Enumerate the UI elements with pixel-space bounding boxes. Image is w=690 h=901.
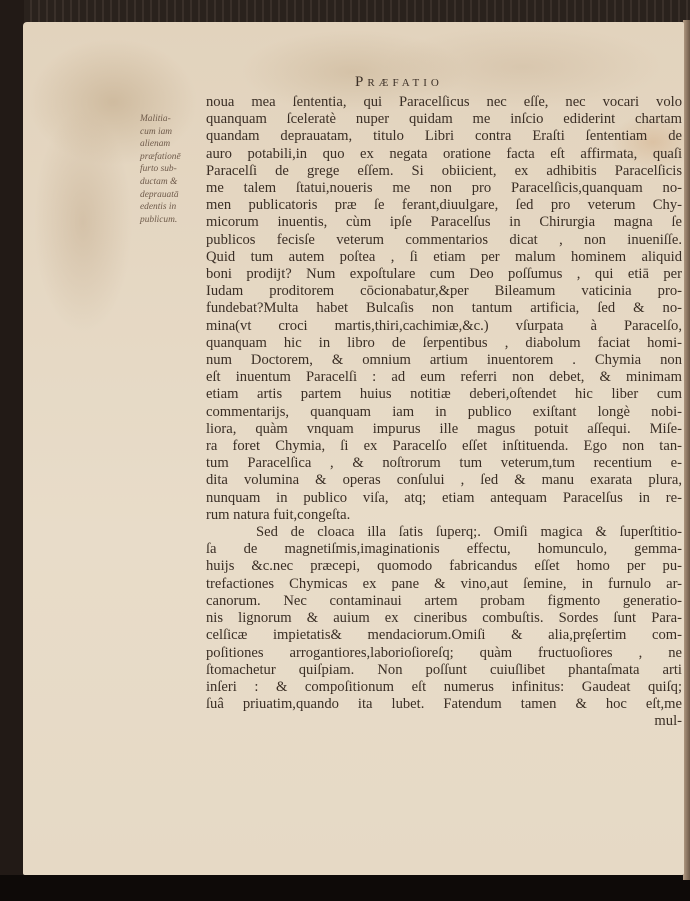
- text-line: nis lignorum & auium ex cineribus combuſ…: [206, 610, 682, 627]
- text-line: quanquam ſceleratè nuper quidam me inſci…: [206, 111, 682, 128]
- text-line: num Doctorem, & omnium artium inuentorem…: [206, 352, 682, 369]
- text-line: eſt inuentum Paracelſi : ad eum referri …: [206, 369, 682, 386]
- text-line: ſuâ priuatim,quando ita lubet. Fatendum …: [206, 696, 682, 713]
- text-line: noua mea ſententia, qui Paracelſicus nec…: [206, 94, 682, 111]
- marginal-note-line: edentis in: [140, 201, 204, 214]
- text-line: auro potabili,in quo ex negata oratione …: [206, 146, 682, 163]
- body-text: noua mea ſententia, qui Paracelſicus nec…: [206, 94, 682, 731]
- text-line: inſeri : & compoſitionum eſt numerus inf…: [206, 679, 682, 696]
- text-line: publicos fecisſe veterum commentarios di…: [206, 232, 682, 249]
- text-line: nunquam in publico viſa, atq; etiam ante…: [206, 490, 682, 507]
- scanner-top-border: [0, 0, 690, 24]
- text-line: tum Paracelſica , & noſtrorum tum veteru…: [206, 455, 682, 472]
- marginal-note-line: publicum.: [140, 214, 204, 227]
- text-line: Paracelſi de grege eſſem. Si obiicient, …: [206, 163, 682, 180]
- text-line: celſicæ impietatis& mendaciorum.Omiſi & …: [206, 627, 682, 644]
- marginal-note-line: ductam &: [140, 176, 204, 189]
- text-line: poſitiones arrogantiores,laborioſioreſq;…: [206, 645, 682, 662]
- page-edge: [683, 20, 690, 880]
- text-line: rum natura fuit,congeſta.: [206, 507, 682, 524]
- text-line: trefactiones Chymicas ex pane & vino,aut…: [206, 576, 682, 593]
- text-line: fundebat?Multa habet Bulcaſis non tantum…: [206, 300, 682, 317]
- paragraph-start-line: Sed de cloaca illa ſatis ſuperq;. Omiſi …: [206, 524, 682, 541]
- scanner-bottom-border: [0, 875, 690, 901]
- marginal-note-line: deprauatā: [140, 189, 204, 202]
- text-line: commentarijs, quanquam iam in publico ex…: [206, 404, 682, 421]
- text-line: liora, quàm vnquam impurus ille magus po…: [206, 421, 682, 438]
- text-line: dita volumina & operas conſului , ſed & …: [206, 472, 682, 489]
- text-line: huijs &c.nec præcepi, quomodo fabricandu…: [206, 558, 682, 575]
- text-line: ſa de magnetiſmis,imaginationis effectu,…: [206, 541, 682, 558]
- running-head-rest: RÆFATIO: [367, 77, 442, 89]
- text-line: ſtomachetur quiſpiam. Non poſſunt cuiuſl…: [206, 662, 682, 679]
- scanner-left-border: [0, 0, 24, 901]
- running-head-initial: P: [355, 74, 367, 90]
- text-line: Quid tum autem poſtea , ſi etiam per mal…: [206, 249, 682, 266]
- running-head: PRÆFATIO: [355, 74, 443, 91]
- marginal-note-line: præfationē: [140, 151, 204, 164]
- text-line: quanquam hic in libro de ſerpentibus , d…: [206, 335, 682, 352]
- text-line: boni prodijt? Num expoſtulare cum Deo po…: [206, 266, 682, 283]
- marginal-note-line: alienam: [140, 138, 204, 151]
- text-line: Iudam proditorem cōcionabatur,&per Bilea…: [206, 283, 682, 300]
- marginal-note-line: cum iam: [140, 126, 204, 139]
- text-line: etiam artis partem huius notitiæ deberi,…: [206, 386, 682, 403]
- text-line: mina(vt croci martis,thiri,cachimiæ,&c.)…: [206, 318, 682, 335]
- text-line: men publicatoris præ ſe ferant,diuulgare…: [206, 197, 682, 214]
- catchword: mul-: [206, 713, 682, 730]
- text-line: micorum inuentis, cùm ipſe Paracelſus in…: [206, 214, 682, 231]
- marginal-note-line: furto sub-: [140, 163, 204, 176]
- marginal-note-line: Malitia-: [140, 113, 204, 126]
- text-line: me talem ſtatui,noueris me non pro Parac…: [206, 180, 682, 197]
- text-line: quandam deprauatam, titulo Libri contra …: [206, 128, 682, 145]
- text-line: ra foret Chymia, ſi ex Paracelſo eſſet i…: [206, 438, 682, 455]
- marginal-note: Malitia- cum iam alienam præfationē furt…: [140, 113, 204, 226]
- text-line: canorum. Nec contaminaui artem probam fi…: [206, 593, 682, 610]
